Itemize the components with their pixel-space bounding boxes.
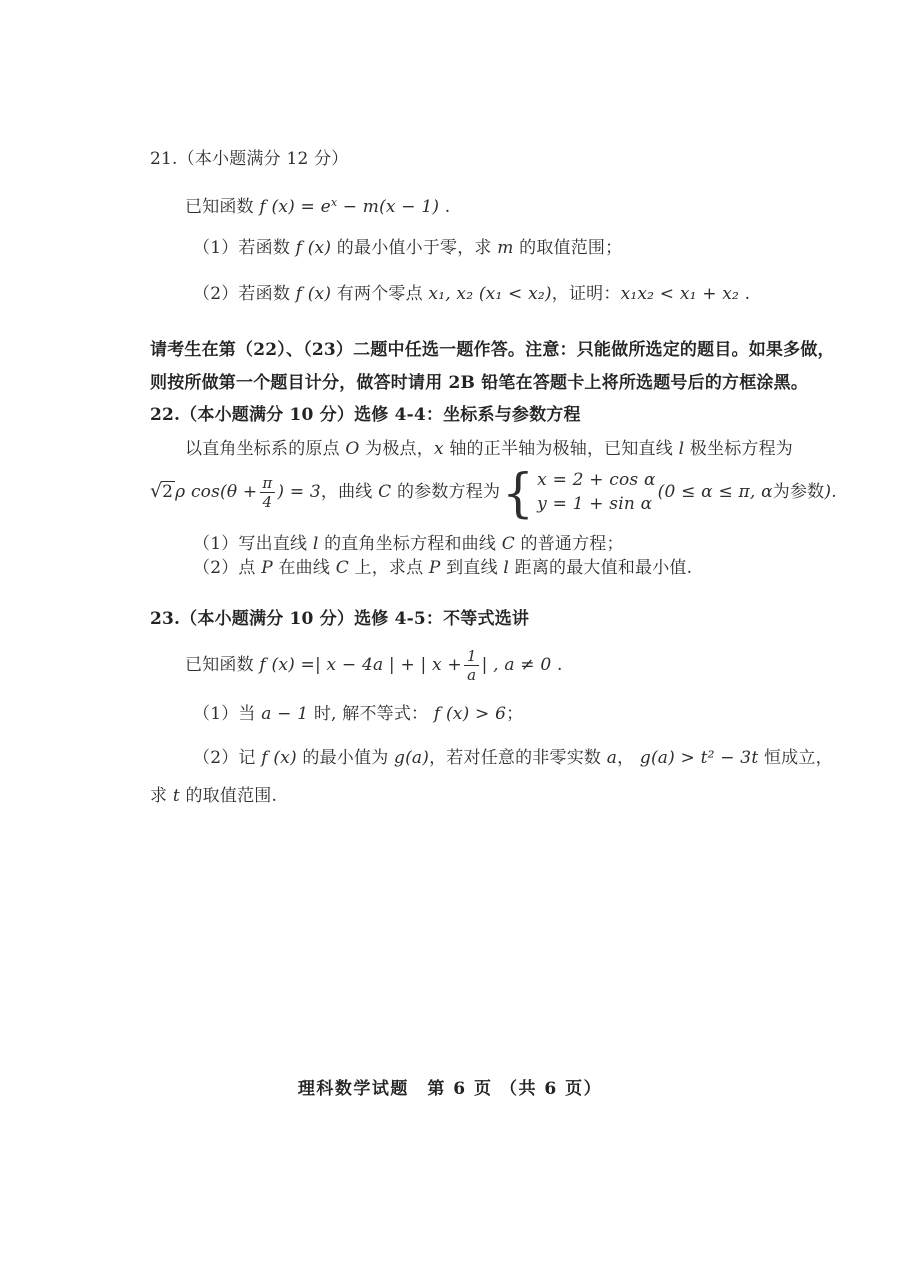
- alpha-range-close: ).: [824, 482, 836, 502]
- formula-text2: 的参数方程为: [391, 482, 500, 502]
- problem21-given-text: 已知函数: [185, 197, 259, 217]
- fraction-denominator: 4: [260, 492, 276, 511]
- p23-part2-math-inequality: g(a) > t² − 3t: [640, 748, 758, 768]
- notice-line1: 请考生在第（22）、（23）二题中任选一题作答。注意：只能做所选定的题目。如果多…: [150, 337, 835, 363]
- alpha-range: (0 ≤ α ≤ π, α: [658, 482, 773, 502]
- system-eq1: x = 2 + cos α: [537, 471, 655, 491]
- fraction-1-a: 1a: [464, 648, 480, 684]
- formula-text: ，曲线: [321, 482, 378, 502]
- sqrt-2: √2: [150, 481, 175, 502]
- radicand: 2: [161, 481, 175, 502]
- part1-math-fx: f (x): [296, 238, 332, 258]
- problem21-given-period: .: [439, 197, 450, 217]
- problem21-part1: （1）若函数 f (x) 的最小值小于零，求 m 的取值范围；: [193, 235, 622, 261]
- p23-part2-math-fx: f (x): [261, 748, 297, 768]
- p22-part1-text: （1）写出直线: [193, 534, 313, 554]
- p23-part2-text4: ，: [617, 748, 640, 768]
- page-footer: 理科数学试题 第 6 页 （共 6 页）: [0, 1074, 900, 1099]
- problem22-part2: （2）点 P 在曲线 C 上，求点 P 到直线 l 距离的最大值和最小值.: [193, 555, 692, 581]
- part2-text4: .: [739, 284, 750, 304]
- intro-text: 以直角坐标系的原点: [185, 439, 345, 459]
- fraction-denominator: a: [464, 665, 479, 684]
- part2-math-roots: x₁, x₂ (x₁ < x₂): [428, 284, 551, 304]
- part2-math-fx: f (x): [296, 284, 332, 304]
- p22-part2-math-P: P: [261, 558, 273, 578]
- problem21-part2: （2）若函数 f (x) 有两个零点 x₁, x₂ (x₁ < x₂)，证明：x…: [193, 281, 750, 307]
- p23-part2-math-ga: g(a): [394, 748, 429, 768]
- p23-part1-math-fx: f (x) > 6: [434, 704, 506, 724]
- part1-text2: 的最小值小于零，求: [331, 238, 497, 258]
- p23-part1-math-a: a − 1: [261, 704, 308, 724]
- p23-given-math: f (x) =| x − 4a | + | x +: [259, 655, 461, 675]
- problem21-given-math: f (x) = e: [259, 197, 330, 217]
- p23-part1-text2: 时, 解不等式：: [308, 704, 434, 724]
- part1-text3: 的取值范围；: [514, 238, 623, 258]
- p22-part1-text3: 的普通方程；: [515, 534, 624, 554]
- system-equations: x = 2 + cos αy = 1 + sin α: [537, 471, 655, 514]
- part2-text2: 有两个零点: [331, 284, 428, 304]
- left-brace: {: [502, 466, 534, 519]
- system-eq2: y = 1 + sin α: [537, 495, 655, 515]
- p23-part2-math-a: a: [607, 748, 617, 768]
- p22-part2-text3: 上，求点: [349, 558, 429, 578]
- intro-text4: 极坐标方程为: [684, 439, 793, 459]
- p22-part1-text2: 的直角坐标方程和曲线: [318, 534, 501, 554]
- problem23-part2: （2）记 f (x) 的最小值为 g(a)，若对任意的非零实数 a， g(a) …: [193, 745, 833, 771]
- equation-system: {x = 2 + cos αy = 1 + sin α: [502, 468, 656, 518]
- part2-text: （2）若函数: [193, 284, 296, 304]
- p22-part1-math-C: C: [502, 534, 515, 554]
- p23-given-period: .: [551, 655, 562, 675]
- problem23-part1: （1）当 a − 1 时, 解不等式： f (x) > 6；: [193, 701, 523, 727]
- p22-part2-text4: 到直线: [441, 558, 504, 578]
- alpha-range-text: 为参数: [773, 482, 825, 502]
- p22-part2-text: （2）点: [193, 558, 261, 578]
- p22-part2-math-P2: P: [429, 558, 441, 578]
- notice-line2: 则按所做第一个题目计分，做答时请用 2B 铅笔在答题卡上将所选题号后的方框涂黑。: [150, 370, 808, 396]
- problem21-given: 已知函数 f (x) = ex − m(x − 1) .: [185, 190, 450, 220]
- p22-part2-text5: 距离的最大值和最小值.: [509, 558, 692, 578]
- p23-part2-text2: 的最小值为: [297, 748, 394, 768]
- formula-rho-cos: ρ cos(θ +: [175, 482, 257, 502]
- p23-part1-text3: ；: [506, 704, 523, 724]
- intro-text3: 轴的正半轴为极轴，已知直线: [444, 439, 679, 459]
- p23-tail-text: 求: [150, 786, 173, 806]
- formula-math-C: C: [378, 482, 391, 502]
- p23-part2-text5: 恒成立，: [758, 748, 832, 768]
- part2-text3: ，证明：: [552, 284, 621, 304]
- formula-equals-3: ) = 3: [277, 482, 321, 502]
- problem22-intro: 以直角坐标系的原点 O 为极点，x 轴的正半轴为极轴，已知直线 l 极坐标方程为: [185, 436, 793, 462]
- problem23-tail: 求 t 的取值范围.: [150, 783, 277, 809]
- problem22-part1: （1）写出直线 l 的直角坐标方程和曲线 C 的普通方程；: [193, 531, 624, 557]
- p23-part1-text: （1）当: [193, 704, 261, 724]
- p22-part2-math-C: C: [336, 558, 349, 578]
- intro-math-O: O: [345, 439, 359, 459]
- part1-math-m: m: [497, 238, 513, 258]
- p23-part2-text3: ，若对任意的非零实数: [429, 748, 607, 768]
- p23-tail-text2: 的取值范围.: [180, 786, 277, 806]
- part1-text: （1）若函数: [193, 238, 296, 258]
- problem22-header: 22.（本小题满分 10 分）选修 4-4：坐标系与参数方程: [150, 402, 581, 428]
- fraction-numerator: π: [259, 475, 275, 493]
- intro-text2: 为极点，: [360, 439, 434, 459]
- intro-math-x: x: [434, 439, 444, 459]
- exam-page: 21.（本小题满分 12 分） 已知函数 f (x) = ex − m(x − …: [0, 0, 900, 1272]
- problem21-header: 21.（本小题满分 12 分）: [150, 146, 348, 172]
- problem23-given: 已知函数 f (x) =| x − 4a | + | x +1a| , a ≠ …: [185, 640, 563, 690]
- p23-given-text: 已知函数: [185, 655, 259, 675]
- fraction-numerator: 1: [464, 648, 480, 666]
- fraction-pi-4: π4: [259, 475, 275, 511]
- p22-part2-text2: 在曲线: [273, 558, 336, 578]
- problem23-header: 23.（本小题满分 10 分）选修 4-5：不等式选讲: [150, 606, 529, 632]
- part2-math-inequality: x₁x₂ < x₁ + x₂: [621, 284, 740, 304]
- p23-part2-text: （2）记: [193, 748, 261, 768]
- problem21-given-math2: − m(x − 1): [337, 197, 439, 217]
- p23-tail-math-t: t: [173, 786, 180, 806]
- p23-given-math2: | , a ≠ 0: [482, 655, 552, 675]
- problem22-formula: √2ρ cos(θ +π4) = 3，曲线 C 的参数方程为{x = 2 + c…: [150, 462, 837, 522]
